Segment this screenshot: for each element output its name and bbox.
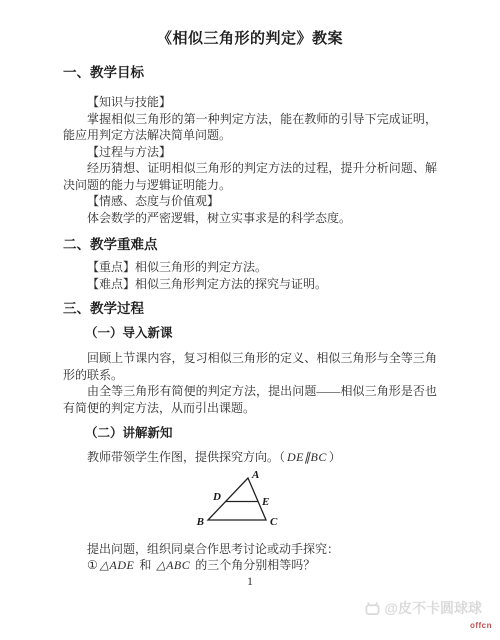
drawing-instruction-text: 教师带领学生作图，提供探究方向。（ — [87, 450, 285, 464]
subsection-heading-intro: （一）导入新课 — [63, 325, 437, 341]
question-1-number: ① — [87, 558, 98, 572]
vertex-label-c: C — [270, 516, 278, 528]
parallel-condition-math: DE∥BC — [285, 450, 329, 464]
objective-text-process: 经历猜想、证明相似三角形的判定方法的过程，提升分析问题、解决问题的能力与逻辑证明… — [63, 160, 437, 193]
key-point-difficult: 【难点】相似三角形判定方法的探究与证明。 — [63, 276, 437, 293]
question-1-triangle-abc: △ABC — [154, 558, 192, 572]
objective-text-knowledge: 掌握相似三角形的第一种判定方法，能在教师的引导下完成证明，能应用判定方法解决简单… — [63, 111, 437, 144]
watermark-tv-icon — [365, 601, 380, 616]
intro-paragraph-1: 回顾上节课内容，复习相似三角形的定义、相似三角形与全等三角形的联系。 — [63, 350, 437, 383]
objective-text-emotion: 体会数学的严密逻辑，树立实事求是的科学态度。 — [63, 210, 437, 227]
document-title: 《相似三角形的判定》教案 — [63, 30, 437, 48]
question-1-connector: 和 — [136, 558, 154, 572]
objective-label-emotion: 【情感、态度与价值观】 — [63, 193, 437, 210]
discussion-prompt: 提出问题，组织同桌合作思考讨论或动手探究： — [63, 541, 437, 558]
intro-paragraph-2: 由全等三角形有简便的判定方法，提出问题——相似三角形是否也有简便的判定方法，从而… — [63, 383, 437, 416]
watermark: @皮不卡圆球球 — [365, 598, 482, 618]
section-heading-key-points: 二、教学重难点 — [63, 236, 437, 253]
vertex-label-e: E — [261, 496, 269, 508]
objective-label-process: 【过程与方法】 — [63, 144, 437, 161]
vertex-label-d: D — [212, 491, 221, 503]
page-number: 1 — [0, 574, 500, 589]
watermark-brand: offcn — [470, 621, 492, 630]
vertex-label-b: B — [196, 516, 204, 528]
subsection-heading-new-knowledge: （二）讲解新知 — [63, 425, 437, 441]
drawing-instruction: 教师带领学生作图，提供探究方向。（DE∥BC） — [63, 449, 437, 466]
key-point-important: 【重点】相似三角形的判定方法。 — [63, 259, 437, 276]
question-1: ①△ADE 和 △ABC 的三个角分别相等吗？ — [63, 557, 437, 574]
document-page: 《相似三角形的判定》教案 一、教学目标 【知识与技能】 掌握相似三角形的第一种判… — [0, 0, 500, 640]
watermark-handle: @皮不卡圆球球 — [384, 598, 482, 618]
question-1-text: 的三个角分别相等吗？ — [192, 558, 315, 572]
section-heading-objectives: 一、教学目标 — [63, 64, 437, 81]
section-heading-process: 三、教学过程 — [63, 300, 437, 317]
objective-label-knowledge: 【知识与技能】 — [63, 94, 437, 111]
vertex-label-a: A — [251, 469, 259, 481]
triangle-figure: A D E B C — [190, 468, 310, 530]
figure-container: A D E B C — [63, 468, 437, 535]
drawing-instruction-close: ） — [329, 450, 341, 464]
question-1-triangle-ade: △ADE — [98, 558, 137, 572]
